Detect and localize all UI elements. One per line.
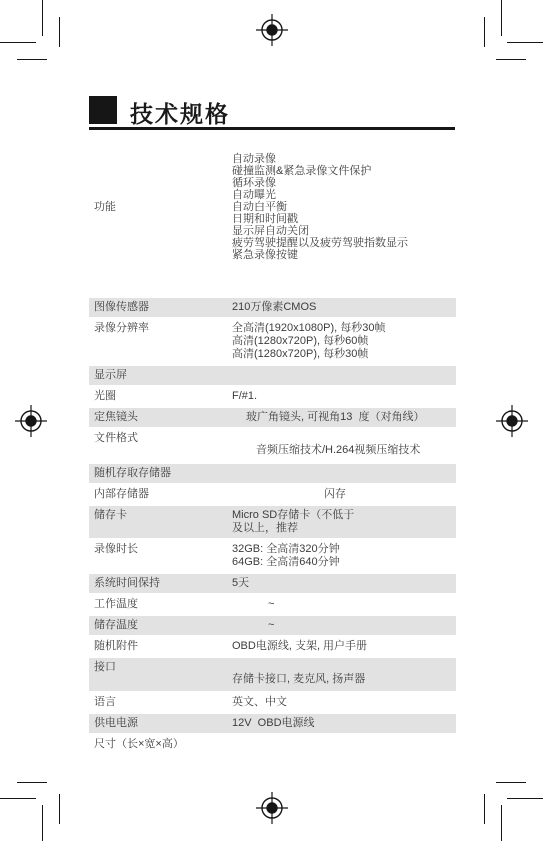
spec-row: 随机存取存储器	[89, 464, 456, 483]
spec-row: 定焦镜头玻广角镜头, 可视角13 度（对角线）	[89, 408, 456, 427]
spec-row: 显示屏	[89, 366, 456, 385]
spec-value-line: 自动白平衡	[232, 201, 456, 213]
spec-value: 英文、中文	[232, 696, 456, 709]
crop-mark	[484, 17, 485, 47]
spec-value-line: ~	[268, 619, 456, 632]
spec-value-line: 自动曝光	[232, 189, 456, 201]
spec-label: 内部存储器	[94, 488, 232, 501]
spec-value: ~	[232, 619, 456, 632]
crop-mark	[17, 59, 47, 60]
spec-label: 语言	[94, 696, 232, 709]
spec-value-line: 5天	[232, 577, 456, 590]
spec-value-line: 碰撞监测&紧急录像文件保护	[232, 165, 456, 177]
spec-value: 闪存	[232, 488, 456, 501]
crop-mark	[42, 0, 43, 36]
spec-label: 显示屏	[94, 369, 232, 382]
spec-value: 音频压缩技术/H.264视频压缩技术	[232, 432, 456, 459]
spec-label: 接口	[94, 661, 232, 688]
spec-row: 尺寸（长×宽×高）	[89, 735, 456, 754]
spec-value-line: 闪存	[324, 488, 456, 501]
spec-label: 随机存取存储器	[94, 467, 232, 480]
crop-mark	[496, 782, 526, 783]
spec-label: 录像分辨率	[94, 322, 232, 361]
spec-row: 录像分辨率全高清(1920x1080P), 每秒30帧高清(1280x720P)…	[89, 319, 456, 364]
spec-value	[232, 467, 456, 480]
spec-value	[232, 369, 456, 382]
spec-value-line: 疲劳驾驶提醒以及疲劳驾驶指数显示	[232, 237, 456, 249]
spec-row: 内部存储器闪存	[89, 485, 456, 504]
spec-value	[232, 738, 456, 751]
spec-value-line: 存储卡接口, 麦克风, 扬声器	[232, 673, 456, 686]
spec-value-line: 自动录像	[232, 153, 456, 165]
spec-label: 定焦镜头	[94, 411, 232, 424]
spec-row: 图像传感器210万像素CMOS	[89, 298, 456, 317]
crop-mark	[484, 794, 485, 824]
spec-value: 5天	[232, 577, 456, 590]
spec-value-line: 紧急录像按键	[232, 249, 456, 261]
spec-label: 供电电源	[94, 717, 232, 730]
crop-mark	[507, 798, 543, 799]
spec-value-line: 全高清(1920x1080P), 每秒30帧	[232, 322, 456, 335]
spec-value: 12V OBD电源线	[232, 717, 456, 730]
title-rule	[89, 127, 455, 130]
spec-value: 存储卡接口, 麦克风, 扬声器	[232, 661, 456, 688]
spec-value-line: 玻广角镜头, 可视角13 度（对角线）	[246, 411, 456, 424]
crop-mark	[42, 805, 43, 841]
manual-page: 技术规格 功能自动录像碰撞监测&紧急录像文件保护循环录像自动曝光自动白平衡日期和…	[0, 0, 543, 841]
spec-value: 32GB: 全高清320分钟64GB: 全高清640分钟	[232, 543, 456, 569]
crop-mark	[501, 805, 502, 841]
registration-mark-icon	[495, 404, 529, 438]
spec-value-line: 12V OBD电源线	[232, 717, 456, 730]
spec-label: 随机附件	[94, 640, 232, 653]
spec-row: 储存卡Micro SD存储卡（不低于及以上，推荐	[89, 506, 456, 538]
spec-value-line: 高清(1280x720P), 每秒30帧	[232, 348, 456, 361]
spec-value-line: 高清(1280x720P), 每秒60帧	[232, 335, 456, 348]
spec-value: F/#1.	[232, 390, 456, 403]
page-title: 技术规格	[130, 96, 230, 129]
spec-value: 自动录像碰撞监测&紧急录像文件保护循环录像自动曝光自动白平衡日期和时间戳显示屏自…	[232, 153, 456, 261]
spec-value: 玻广角镜头, 可视角13 度（对角线）	[232, 411, 456, 424]
crop-mark	[0, 798, 36, 799]
spec-value: 全高清(1920x1080P), 每秒30帧高清(1280x720P), 每秒6…	[232, 322, 456, 361]
spec-row: 功能自动录像碰撞监测&紧急录像文件保护循环录像自动曝光自动白平衡日期和时间戳显示…	[89, 150, 456, 264]
crop-mark	[59, 794, 60, 824]
spec-value-line: ~	[268, 598, 456, 611]
spec-value-line: 音频压缩技术/H.264视频压缩技术	[256, 444, 456, 457]
spec-value-line: 32GB: 全高清320分钟	[232, 543, 456, 556]
spec-label: 录像时长	[94, 543, 232, 569]
spec-label: 系统时间保持	[94, 577, 232, 590]
spec-value-line: 循环录像	[232, 177, 456, 189]
spec-label: 储存温度	[94, 619, 232, 632]
spec-label: 储存卡	[94, 509, 232, 535]
registration-mark-icon	[255, 791, 289, 825]
title-square-marker	[89, 96, 117, 124]
crop-mark	[501, 0, 502, 36]
spec-label: 光圈	[94, 390, 232, 403]
registration-mark-icon	[255, 13, 289, 47]
spec-value-line: OBD电源线, 支架, 用户手册	[232, 640, 456, 653]
spec-row: 接口存储卡接口, 麦克风, 扬声器	[89, 658, 456, 691]
crop-mark	[17, 782, 47, 783]
spec-value-line: 64GB: 全高清640分钟	[232, 556, 456, 569]
spec-row: 录像时长32GB: 全高清320分钟64GB: 全高清640分钟	[89, 540, 456, 572]
spec-label: 文件格式	[94, 432, 232, 459]
spec-row: 供电电源12V OBD电源线	[89, 714, 456, 733]
spec-value: ~	[232, 598, 456, 611]
spec-row: 系统时间保持5天	[89, 574, 456, 593]
spec-row: 语言英文、中文	[89, 693, 456, 712]
spec-label: 尺寸（长×宽×高）	[94, 738, 232, 751]
spec-value: OBD电源线, 支架, 用户手册	[232, 640, 456, 653]
spec-row: 文件格式音频压缩技术/H.264视频压缩技术	[89, 429, 456, 462]
crop-mark	[0, 42, 36, 43]
spec-value: Micro SD存储卡（不低于及以上，推荐	[232, 509, 456, 535]
crop-mark	[496, 59, 526, 60]
spec-label: 图像传感器	[94, 301, 232, 314]
registration-mark-icon	[14, 404, 48, 438]
spec-value-line: 及以上，推荐	[232, 522, 456, 535]
spec-row: 储存温度~	[89, 616, 456, 635]
spec-value-line: Micro SD存储卡（不低于	[232, 509, 456, 522]
spec-label: 工作温度	[94, 598, 232, 611]
spec-row: 工作温度~	[89, 595, 456, 614]
spec-row: 光圈F/#1.	[89, 387, 456, 406]
spec-label: 功能	[94, 201, 232, 214]
crop-mark	[59, 17, 60, 47]
spec-value: 210万像素CMOS	[232, 301, 456, 314]
spec-value-line: 日期和时间戳	[232, 213, 456, 225]
spec-value-line: 显示屏自动关闭	[232, 225, 456, 237]
spec-value-line: F/#1.	[232, 390, 456, 403]
spec-table: 功能自动录像碰撞监测&紧急录像文件保护循环录像自动曝光自动白平衡日期和时间戳显示…	[89, 150, 456, 756]
spec-value-line: 210万像素CMOS	[232, 301, 456, 314]
spec-value-line: 英文、中文	[232, 696, 456, 709]
crop-mark	[507, 42, 543, 43]
spec-row: 随机附件OBD电源线, 支架, 用户手册	[89, 637, 456, 656]
